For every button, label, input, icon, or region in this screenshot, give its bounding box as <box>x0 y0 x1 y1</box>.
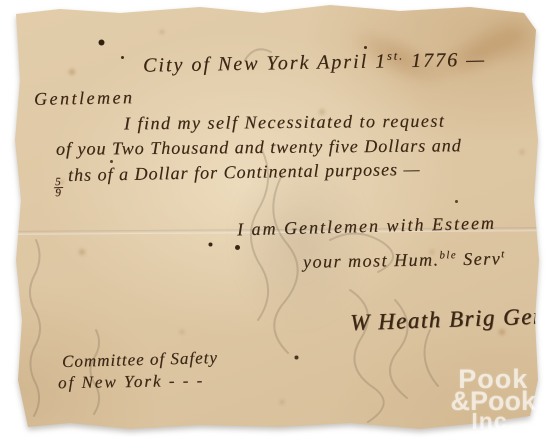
fraction: 59 <box>54 177 63 199</box>
addressee-line-2: of New York - - - <box>58 371 205 394</box>
foxing-spots <box>0 0 4 4</box>
fraction-denominator: 9 <box>54 189 63 200</box>
closing-line-2: your most Hum.ble Servt <box>303 248 506 273</box>
auction-photo: City of New York April 1st. 1776 — Gentl… <box>0 0 550 437</box>
dateline-text: City of New York April 1 <box>143 50 388 76</box>
salutation: Gentlemen <box>34 87 135 110</box>
closing2-text2: Serv <box>457 248 501 269</box>
body-line-1: I find my self Necessitated to request <box>124 111 445 135</box>
pook-watermark: Pook &Pook Inc. <box>450 368 536 431</box>
closing2-superscript1: ble <box>439 249 457 261</box>
signature-superscript: l <box>545 302 550 317</box>
dateline-year: 1776 — <box>404 49 486 72</box>
closing2-superscript2: t <box>501 248 506 260</box>
ink-spots <box>0 0 3 3</box>
closing2-text1: your most Hum. <box>303 249 440 271</box>
addressee-line-1: Committee of Safety <box>62 348 218 372</box>
body-line-2: of you Two Thousand and twenty five Doll… <box>56 135 462 160</box>
dateline-superscript: st. <box>387 48 404 62</box>
body-line-3: 59 ths of a Dollar for Continental purpo… <box>54 159 421 199</box>
